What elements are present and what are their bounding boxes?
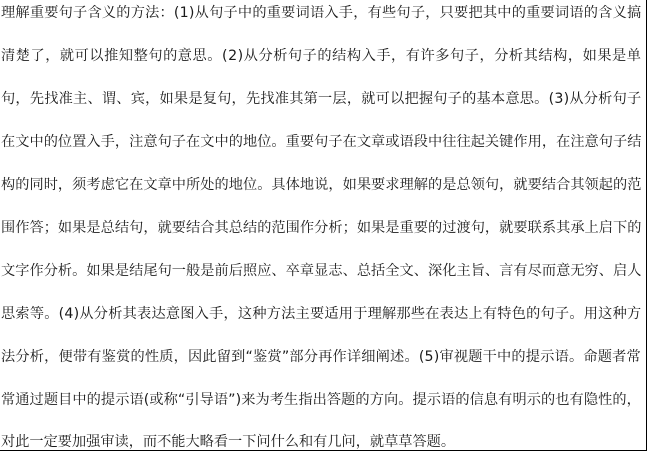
text-line-8: 思索等。(4)从分析其表达意图入手，这种方法主要适用于理解那些在表达上有特色的句…	[1, 304, 641, 324]
text-line-11: 对此一定要加强审读，而不能大略看一下问什么和有几问，就草草答题。	[1, 432, 455, 452]
text-line-3: 句，先找准主、谓、宾，如果是复句，先找准其第一层，就可以把握句子的基本意思。(3…	[1, 89, 641, 109]
text-line-7: 文字作分析。如果是结尾句一般是前后照应、卒章显志、总括全文、深化主旨、言有尽而意…	[1, 261, 642, 281]
text-line-10: 常通过题目中的提示语(或称“引导语”)来为考生指出答题的方向。提示语的信息有明示…	[1, 390, 641, 410]
document-text-panel: 理解重要句子含义的方法：(1)从句子中的重要词语入手，有些句子，只要把其中的重要…	[0, 0, 647, 451]
text-line-2: 清楚了，就可以推知整句的意思。(2)从分析句子的结构入手，有许多句子，分析其结构…	[1, 46, 642, 66]
text-line-6: 围作答；如果是总结句，就要结合其总结的范围作分析；如果是重要的过渡句，就要联系其…	[1, 218, 642, 238]
text-line-5: 构的同时，须考虑它在文章中所处的地位。具体地说，如果要求理解的是总领句，就要结合…	[1, 175, 642, 195]
text-line-4: 在文中的位置入手，注意句子在文中的地位。重要句子在文章或语段中往往起关键作用，在…	[1, 132, 642, 152]
text-line-9: 法分析，便带有鉴赏的性质，因此留到“鉴赏”部分再作详细阐述。(5)审视题干中的提…	[1, 347, 641, 367]
text-line-1: 理解重要句子含义的方法：(1)从句子中的重要词语入手，有些句子，只要把其中的重要…	[1, 3, 641, 23]
